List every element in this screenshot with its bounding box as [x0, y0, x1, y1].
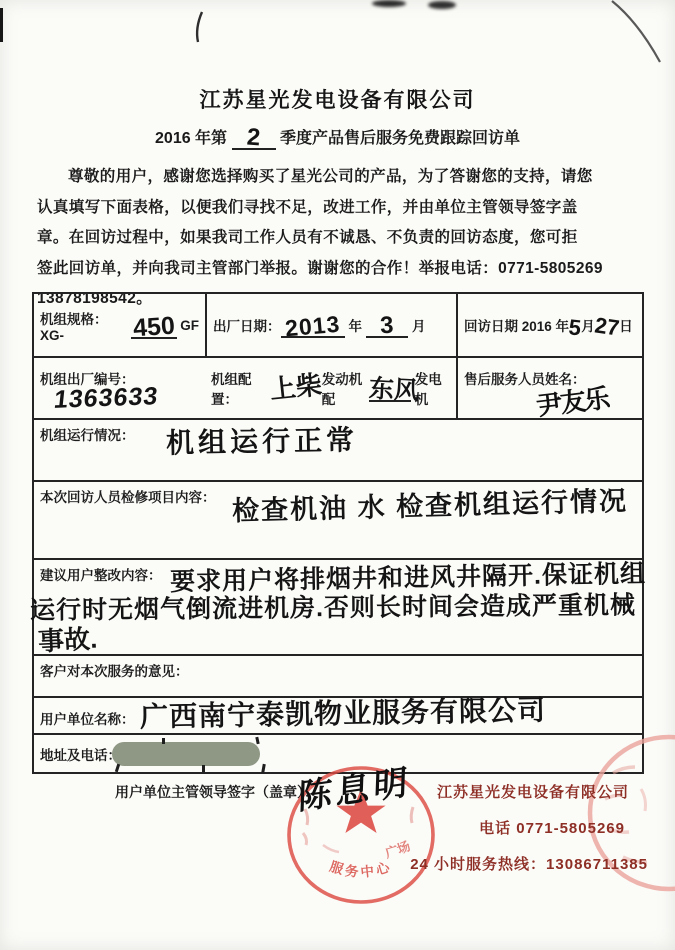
fold-crease-mark	[580, 0, 675, 80]
inspection-value-handwritten: 检查机油 水 检查机组运行情况	[232, 479, 629, 528]
month-char: 月	[412, 315, 426, 335]
cell-visit-date: 回访日期 2016 年5月27日	[456, 294, 642, 356]
address-label: 地址及电话：	[40, 744, 121, 764]
factory-year-handwritten: 2013	[284, 312, 341, 340]
config-label: 机组配置：	[211, 368, 270, 408]
svg-text:广场: 广场	[383, 838, 412, 861]
row-inspection: 本次回访人员检修项目内容： 检查机油 水 检查机组运行情况	[34, 480, 642, 558]
ink-peek-mark	[162, 738, 165, 744]
visit-day-char: 日	[619, 315, 633, 335]
row-customer-opinion: 客户对本次服务的意见：	[34, 654, 642, 696]
factory-month-slot: 3	[366, 312, 408, 338]
footer-service-hotline: 24 小时服务热线：13086711385	[410, 853, 648, 874]
serial-value-handwritten: 1363633	[53, 382, 160, 415]
row-suggestion: 建议用户整改内容： 要求用户将排烟井和进风井隔开.保证机组 运行时无烟气倒流进机…	[34, 558, 642, 654]
scan-edge-mark	[0, 8, 3, 42]
svg-text:服务中心: 服务中心	[328, 858, 394, 880]
seal-arc1-text: 广场	[383, 838, 412, 861]
opinion-label: 客户对本次服务的意见：	[40, 664, 189, 679]
cell-config: 机组配置：上柴发动机配东风发电机	[205, 358, 456, 418]
factory-date-label: 出厂日期：	[213, 315, 281, 335]
factory-year-slot: 2013	[281, 313, 345, 338]
row-running-status: 机组运行情况： 机组运行正常	[34, 418, 642, 480]
running-value-handwritten: 机组运行正常	[166, 418, 359, 461]
seal-arc2-text: 服务中心	[328, 858, 394, 880]
intro-line: 签此回访单，并向我司主管部门举报。谢谢您的合作！举报电话：0771-580526…	[37, 254, 641, 285]
customer-label: 用户单位名称：	[40, 712, 135, 727]
config-suffix: 发电机	[415, 368, 450, 408]
cell-factory-date: 出厂日期：2013年3月	[205, 294, 456, 356]
spec-unit: GF	[180, 318, 199, 333]
quarter-slot: 2	[232, 124, 276, 150]
scan-smudge	[372, 0, 406, 7]
company-title: 江苏星光发电设备有限公司	[0, 84, 675, 114]
row-serial-config-person: 机组出厂编号： 1363633 机组配置：上柴发动机配东风发电机 售后服务人员姓…	[34, 356, 642, 418]
scanned-form-page: 江苏星光发电设备有限公司 2016 年第 2 季度产品售后服务免费跟踪回访单 尊…	[0, 0, 675, 950]
cell-serial: 机组出厂编号： 1363633	[34, 358, 205, 418]
service-person-signature: 尹友乐	[534, 378, 610, 424]
visit-date-label: 回访日期 2016 年	[464, 315, 569, 335]
factory-month-handwritten: 3	[380, 314, 395, 339]
customer-value-handwritten: 广西南宁泰凯物业服务有限公司	[140, 688, 547, 735]
config-alt-slot: 东风	[369, 375, 411, 402]
form-subtitle: 2016 年第 2 季度产品售后服务免费跟踪回访单	[0, 124, 675, 150]
config-engine-handwritten: 上柴	[268, 364, 324, 406]
cell-suggestion: 建议用户整改内容： 要求用户将排烟井和进风井隔开.保证机组 运行时无烟气倒流进机…	[34, 560, 642, 654]
row-unit-spec-dates: 机组规格：XG-450GF 出厂日期：2013年3月 回访日期 2016 年5月…	[34, 294, 642, 356]
quarter-handwritten: 2	[246, 126, 261, 151]
suggestion-label: 建议用户整改内容：	[40, 568, 162, 583]
form-table: 机组规格：XG-450GF 出厂日期：2013年3月 回访日期 2016 年5月…	[32, 292, 644, 774]
inspection-label: 本次回访人员检修项目内容：	[40, 490, 216, 505]
config-mid: 发动机配	[322, 368, 369, 408]
cell-service-person: 售后服务人员姓名： 尹友乐	[456, 358, 642, 418]
intro-line: 章。在回访过程中，如果我司工作人员有不诚恳、不负责的回访态度，您可拒	[37, 223, 641, 254]
suggestion-line2-handwritten: 运行时无烟气倒流进机房.否则长时间会造成严重机械	[30, 585, 636, 626]
ink-peek-mark	[255, 737, 259, 744]
scan-smudge	[428, 1, 456, 9]
visit-day-handwritten: 27	[593, 312, 621, 341]
config-alternator-handwritten: 东风	[368, 376, 419, 404]
intro-line: 认真填写下面表格，以便我们寻找不足，改进工作，并由单位主管领导签字盖	[37, 193, 641, 224]
cell-customer-name: 用户单位名称： 广西南宁泰凯物业服务有限公司	[34, 698, 642, 733]
ink-peek-mark	[261, 764, 266, 773]
year-char: 年	[349, 315, 363, 335]
spec-value-handwritten: 450	[133, 313, 176, 341]
redaction-block	[112, 742, 260, 766]
cell-unit-spec: 机组规格：XG-450GF	[34, 294, 205, 356]
intro-line: 尊敬的用户，感谢您选择购买了星光公司的产品，为了答谢您的支持，请您	[37, 162, 641, 193]
spec-slot: 450	[131, 312, 177, 339]
suggestion-line3-handwritten: 事故.	[37, 618, 98, 658]
spec-label: 机组规格：XG-	[40, 308, 131, 343]
ink-peek-mark	[115, 764, 120, 773]
cell-running-status: 机组运行情况： 机组运行正常	[34, 420, 642, 480]
pen-stray-mark	[188, 10, 212, 46]
cell-inspection: 本次回访人员检修项目内容： 检查机油 水 检查机组运行情况	[34, 482, 642, 558]
running-label: 机组运行情况：	[40, 428, 135, 443]
subtitle-suffix: 季度产品售后服务免费跟踪回访单	[280, 130, 520, 147]
cell-customer-opinion: 客户对本次服务的意见：	[34, 656, 642, 696]
footer-company-phone: 电话 0771-5805269	[479, 817, 625, 838]
ink-peek-mark	[202, 765, 205, 772]
footer-company-name: 江苏星光发电设备有限公司	[437, 781, 629, 802]
subtitle-prefix: 2016 年第	[155, 130, 227, 147]
visit-month-handwritten: 5	[567, 314, 582, 341]
row-customer-name: 用户单位名称： 广西南宁泰凯物业服务有限公司	[34, 696, 642, 733]
